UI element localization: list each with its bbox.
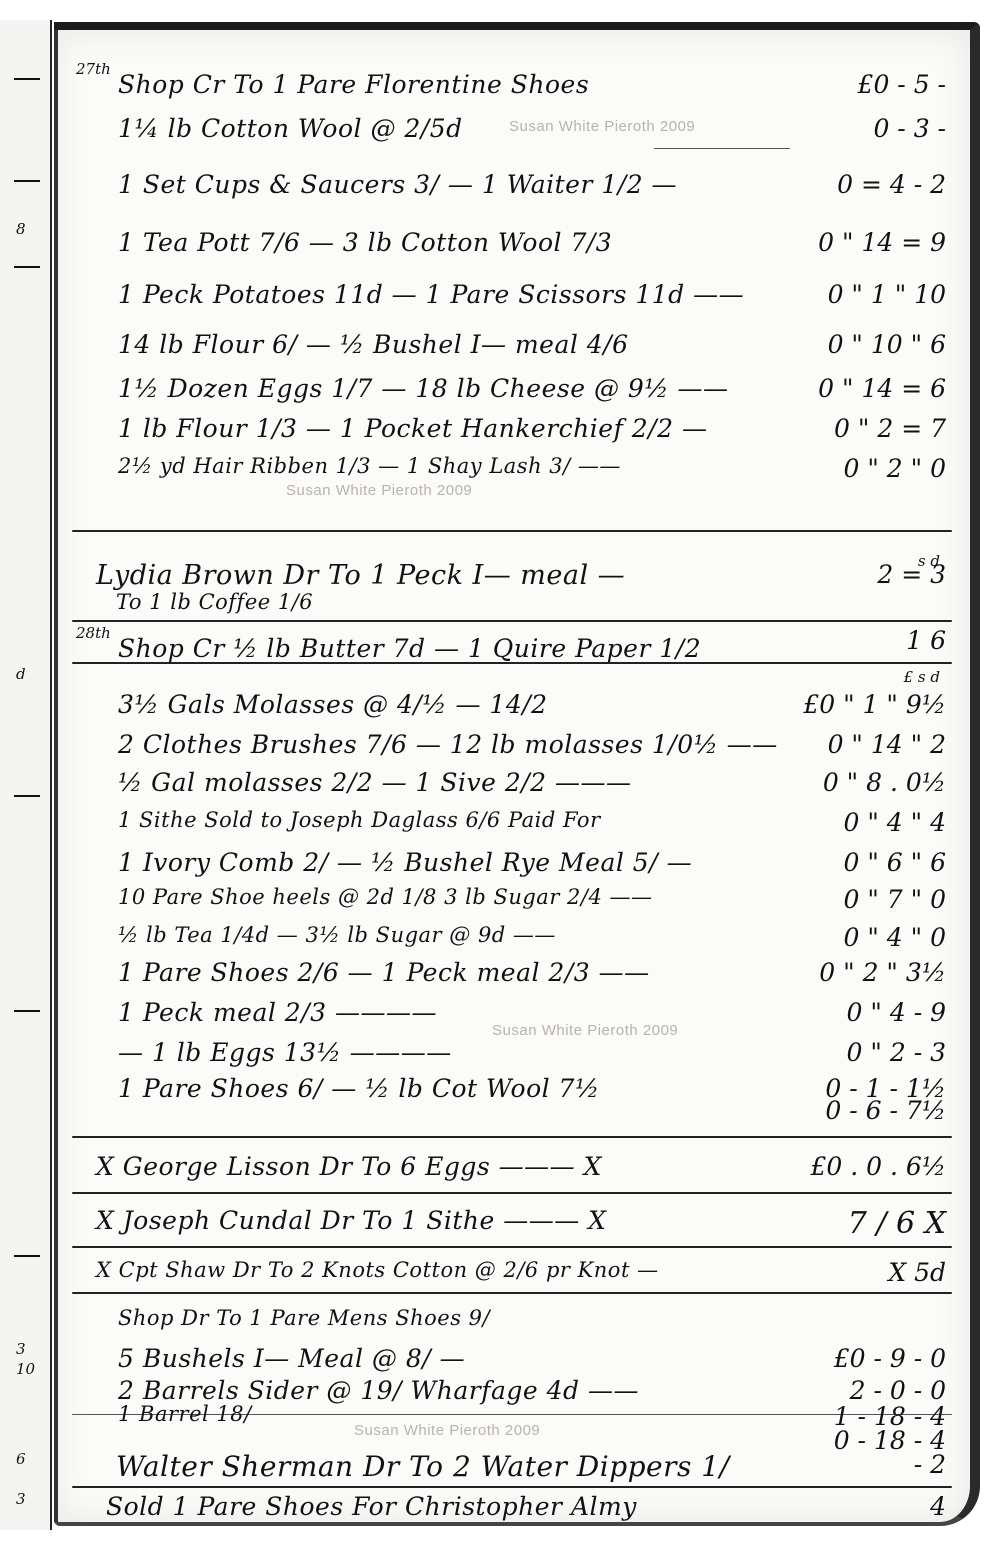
- entry-amount: 0 - 3 -: [873, 114, 946, 143]
- entry-text: ½ lb Tea 1/4d — 3½ lb Sugar @ 9d ——: [118, 923, 556, 947]
- watermark: Susan White Pieroth 2009: [286, 482, 472, 499]
- entry-text: 5 Bushels I— Meal @ 8/ —: [118, 1344, 465, 1373]
- entry-amount: - 2: [914, 1450, 946, 1479]
- entry-amount: 0 " 2 " 0: [843, 454, 946, 483]
- entry-text: — 1 lb Eggs 13½ ————: [118, 1038, 452, 1067]
- ruled-line: [72, 530, 952, 532]
- ruled-line: [72, 1192, 952, 1194]
- entry-text: To 1 lb Coffee 1/6: [116, 590, 313, 614]
- entry-text: 1 Tea Pott 7/6 — 3 lb Cotton Wool 7/3: [118, 228, 612, 257]
- entry-text: X George Lisson Dr To 6 Eggs ——— X: [96, 1152, 602, 1181]
- column-units: £ s d: [904, 668, 940, 686]
- margin-mark: [14, 78, 40, 80]
- ruled-line: [72, 1246, 952, 1248]
- ruled-line: [72, 1292, 952, 1294]
- entry-text: Shop Dr To 1 Pare Mens Shoes 9/: [118, 1306, 490, 1330]
- margin-mark: [14, 795, 40, 797]
- watermark: Susan White Pieroth 2009: [509, 118, 695, 135]
- margin-number: 6: [16, 1450, 26, 1468]
- entry-amount: £0 " 1 " 9½: [803, 690, 946, 719]
- margin-mark: [14, 266, 40, 268]
- entry-text: Sold 1 Pare Shoes For Christopher Almy: [106, 1492, 637, 1521]
- entry-text: 1 Sithe Sold to Joseph Daglass 6/6 Paid …: [118, 808, 601, 832]
- entry-text: 1 Set Cups & Saucers 3/ — 1 Waiter 1/2 —: [118, 170, 677, 199]
- entry-amount: £0 . 0 . 6½: [810, 1152, 946, 1181]
- entry-amount: £0 - 5 -: [858, 70, 946, 99]
- entry-text: 2½ yd Hair Ribben 1/3 — 1 Shay Lash 3/ —…: [118, 454, 621, 478]
- ruled-line: [654, 148, 790, 149]
- entry-amount: 0 " 4 " 4: [843, 808, 946, 837]
- margin-number: d: [16, 665, 26, 683]
- entry-text: X Joseph Cundal Dr To 1 Sithe ——— X: [96, 1206, 606, 1235]
- entry-amount: 0 " 14 = 6: [818, 374, 946, 403]
- entry-amount: 0 " 1 " 10: [828, 280, 946, 309]
- entry-text: 1 Peck Potatoes 11d — 1 Pare Scissors 11…: [118, 280, 744, 309]
- facing-page-edge: 8 d 3 10 6 3: [0, 20, 52, 1530]
- watermark: Susan White Pieroth 2009: [492, 1022, 678, 1039]
- entry-date: 28th: [76, 624, 111, 642]
- entry-amount: 0 " 8 . 0½: [823, 768, 946, 797]
- entry-text: 1 lb Flour 1/3 — 1 Pocket Hankerchief 2/…: [118, 414, 707, 443]
- entry-amount: 0 " 2 = 7: [834, 414, 946, 443]
- entry-text: X Cpt Shaw Dr To 2 Knots Cotton @ 2/6 pr…: [96, 1258, 659, 1282]
- entry-text: 2 Clothes Brushes 7/6 — 12 lb molasses 1…: [118, 730, 778, 759]
- entry-amount: 0 " 7 " 0: [843, 885, 946, 914]
- margin-number: 3: [16, 1340, 26, 1358]
- entry-text: ½ Gal molasses 2/2 — 1 Sive 2/2 ———: [118, 768, 632, 797]
- entry-text: Shop Cr ½ lb Butter 7d — 1 Quire Paper 1…: [118, 634, 701, 663]
- entry-text: 1 Ivory Comb 2/ — ½ Bushel Rye Meal 5/ —: [118, 848, 692, 877]
- entry-amount: 1 6: [906, 626, 946, 655]
- entry-amount: 4: [930, 1492, 946, 1521]
- entry-amount: 0 " 4 - 9: [847, 998, 946, 1027]
- entry-amount: 7 / 6 X: [848, 1206, 946, 1241]
- entry-date: 27th: [76, 60, 111, 78]
- entry-amount: 0 " 6 " 6: [843, 848, 946, 877]
- entry-text: 14 lb Flour 6/ — ½ Bushel I— meal 4/6: [118, 330, 629, 359]
- entry-amount: 0 " 2 " 3½: [819, 958, 946, 987]
- entry-amount: 2 = 3: [877, 560, 946, 589]
- entry-amount: 0 = 4 - 2: [837, 170, 946, 199]
- margin-mark: [14, 180, 40, 182]
- entry-text: 1 Pare Shoes 2/6 — 1 Peck meal 2/3 ——: [118, 958, 650, 987]
- entry-text: 1½ Dozen Eggs 1/7 — 18 lb Cheese @ 9½ ——: [118, 374, 728, 403]
- entry-text: 2 Barrels Sider @ 19/ Wharfage 4d ——: [118, 1376, 639, 1405]
- entry-amount: 0 " 14 " 2: [828, 730, 946, 759]
- entry-text: Lydia Brown Dr To 1 Peck I— meal —: [96, 560, 625, 591]
- entry-amount: 0 - 6 - 7½: [825, 1096, 946, 1125]
- entry-amount: 0 " 10 " 6: [828, 330, 946, 359]
- entry-amount: £0 - 9 - 0: [834, 1344, 946, 1373]
- entry-text: 1 Pare Shoes 6/ — ½ lb Cot Wool 7½: [118, 1074, 600, 1103]
- margin-number: 3: [16, 1490, 26, 1508]
- ledger-page: Susan White Pieroth 2009 Susan White Pie…: [54, 22, 980, 1526]
- entry-amount: X 5d: [888, 1258, 946, 1287]
- entry-amount: 2 - 0 - 0: [850, 1376, 946, 1405]
- page-spine: [54, 30, 58, 1522]
- entry-text: 3½ Gals Molasses @ 4/½ — 14/2: [118, 690, 548, 719]
- ruled-line: [72, 620, 952, 622]
- entry-amount: 0 " 4 " 0: [843, 923, 946, 952]
- ruled-line: [72, 1486, 952, 1488]
- watermark: Susan White Pieroth 2009: [354, 1422, 540, 1439]
- margin-number: 8: [16, 220, 26, 238]
- ruled-line: [72, 1136, 952, 1138]
- margin-number: 10: [16, 1360, 35, 1378]
- entry-text: 1 Peck meal 2/3 ————: [118, 998, 437, 1027]
- entry-text: Shop Cr To 1 Pare Florentine Shoes: [118, 70, 589, 99]
- entry-amount: 0 " 2 - 3: [847, 1038, 946, 1067]
- entry-text: 1¼ lb Cotton Wool @ 2/5d: [118, 114, 463, 143]
- margin-mark: [14, 1010, 40, 1012]
- entry-text: 10 Pare Shoe heels @ 2d 1/8 3 lb Sugar 2…: [118, 885, 653, 909]
- entry-amount: 0 " 14 = 9: [818, 228, 946, 257]
- entry-text: 1 Barrel 18/: [118, 1402, 252, 1426]
- margin-mark: [14, 1255, 40, 1257]
- entry-text: Walter Sherman Dr To 2 Water Dippers 1/: [116, 1450, 730, 1483]
